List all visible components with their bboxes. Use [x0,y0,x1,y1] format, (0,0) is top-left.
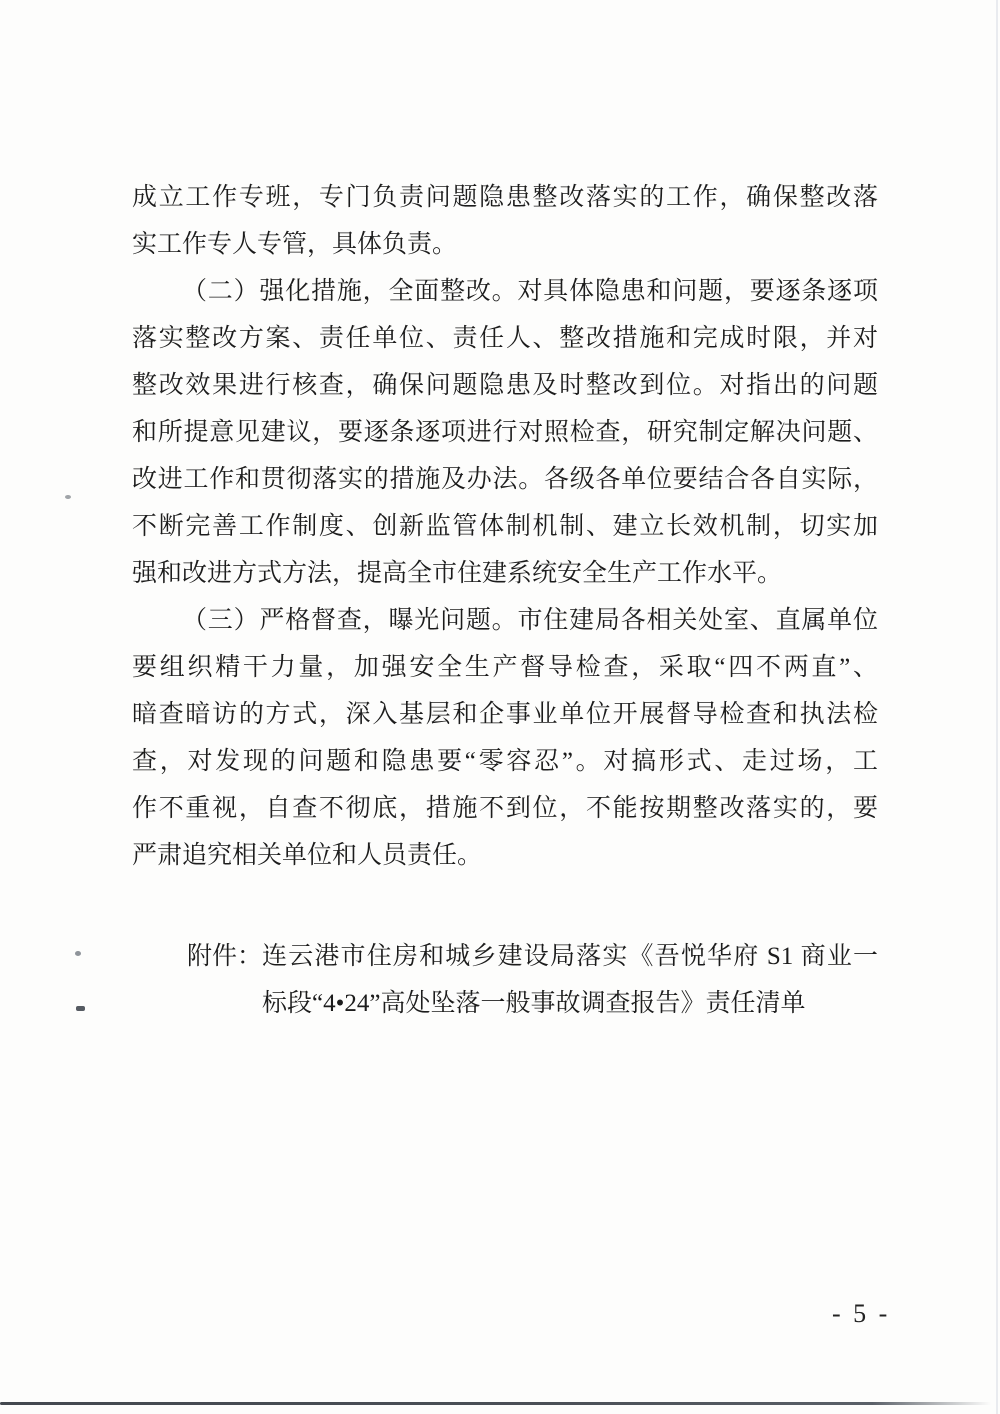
text-line: 强和改进方式方法，提高全市住建系统安全生产工作水平。 [132,550,878,597]
page-number: - 5 - [832,1299,890,1329]
text-line: 作不重视，自查不彻底，措施不到位，不能按期整改落实的，要 [132,785,878,832]
text-line: 成立工作专班，专门负责问题隐患整改落实的工作，确保整改落 [132,174,878,221]
paragraph: （二）强化措施，全面整改。对具体隐患和问题，要逐条逐项落实整改方案、责任单位、责… [132,268,878,597]
text-line: （二）强化措施，全面整改。对具体隐患和问题，要逐条逐项 [132,268,878,315]
text-line: 实工作专人专管，具体负责。 [132,221,878,268]
scan-speck [76,1006,85,1011]
text-line: 暗查暗访的方式，深入基层和企事业单位开展督导检查和执法检 [132,691,878,738]
document-body: 成立工作专班，专门负责问题隐患整改落实的工作，确保整改落实工作专人专管，具体负责… [132,174,878,1027]
attachment-content: 连云港市住房和城乡建设局落实《吾悦华府 S1 商业一标段“4•24”高处坠落一般… [262,933,878,1027]
scan-edge-bottom-line [0,1402,991,1405]
text-line: 落实整改方案、责任单位、责任人、整改措施和完成时限，并对 [132,315,878,362]
paragraphs-container: 成立工作专班，专门负责问题隐患整改落实的工作，确保整改落实工作专人专管，具体负责… [132,174,878,879]
text-line: 标段“4•24”高处坠落一般事故调查报告》责任清单 [262,980,878,1027]
attachment-label: 附件： [187,933,262,1027]
text-line: 连云港市住房和城乡建设局落实《吾悦华府 S1 商业一 [262,933,878,980]
text-line: 和所提意见建议，要逐条逐项进行对照检查，研究制定解决问题、 [132,409,878,456]
attachment-block: 附件： 连云港市住房和城乡建设局落实《吾悦华府 S1 商业一标段“4•24”高处… [187,933,878,1027]
text-line: （三）严格督查，曝光问题。市住建局各相关处室、直属单位 [132,597,878,644]
paragraph: 成立工作专班，专门负责问题隐患整改落实的工作，确保整改落实工作专人专管，具体负责… [132,174,878,268]
text-line: 不断完善工作制度、创新监管体制机制、建立长效机制，切实加 [132,503,878,550]
scan-edge-right-line [996,0,998,1414]
text-line: 查，对发现的问题和隐患要“零容忍”。对搞形式、走过场，工 [132,738,878,785]
scan-speck [65,495,71,499]
scan-speck [75,951,81,956]
text-line: 严肃追究相关单位和人员责任。 [132,832,878,879]
text-line: 改进工作和贯彻落实的措施及办法。各级各单位要结合各自实际， [132,456,878,503]
document-page: 成立工作专班，专门负责问题隐患整改落实的工作，确保整改落实工作专人专管，具体负责… [0,0,1000,1414]
text-line: 整改效果进行核查，确保问题隐患及时整改到位。对指出的问题 [132,362,878,409]
paragraph: （三）严格督查，曝光问题。市住建局各相关处室、直属单位要组织精干力量，加强安全生… [132,597,878,879]
text-line: 要组织精干力量，加强安全生产督导检查，采取“四不两直”、 [132,644,878,691]
